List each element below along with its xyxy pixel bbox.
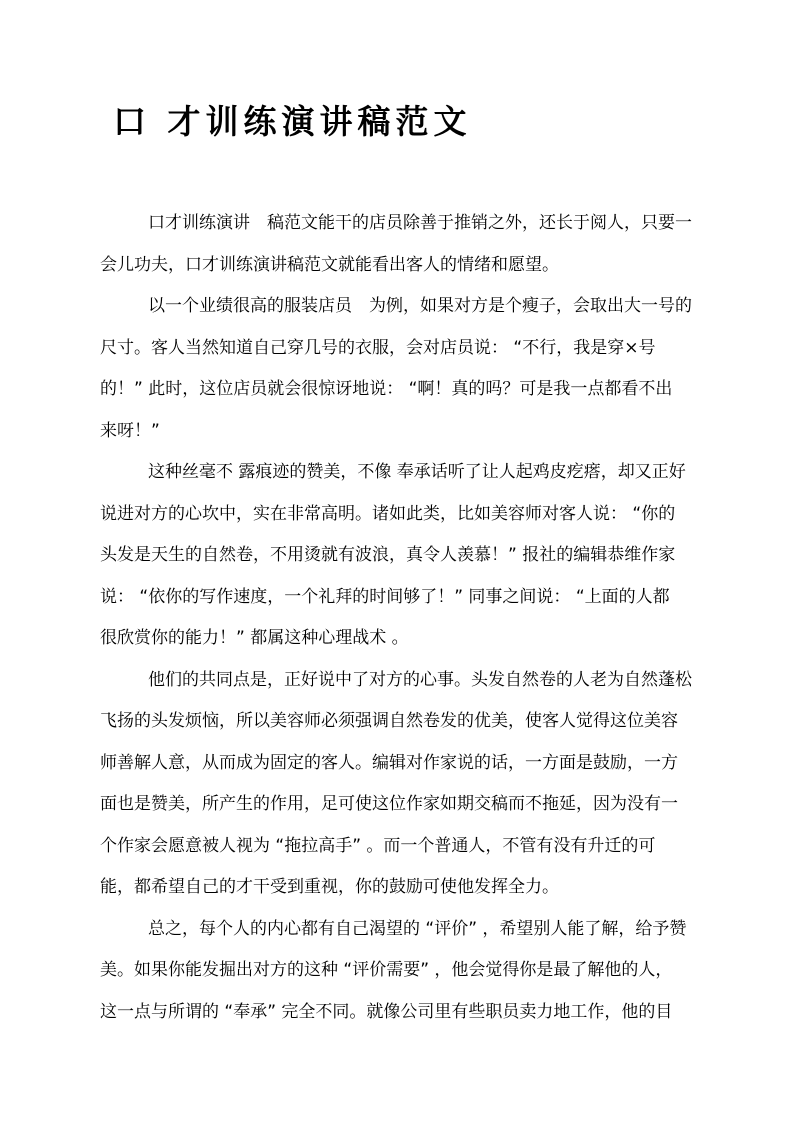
text-line: 来呀！” (100, 411, 666, 453)
text-line: 这一点与所谓的 “奉承” 完全不同。就像公司里有些职员卖力地工作，他的目 (100, 992, 666, 1034)
text-line: 尺寸。客人当然知道自己穿几号的衣服，会对店员说： “不行，我是穿×号 (100, 328, 666, 370)
document-title: 口 才训练演讲稿范文 (113, 101, 472, 143)
text-line: 口才训练演讲 稿范文能干的店员除善于推销之外，还长于阅人，只要一 (100, 203, 666, 245)
text-line: 以一个业绩很高的服装店员 为例，如果对方是个瘦子，会取出大一号的 (100, 286, 666, 328)
text-line: 会儿功夫，口才训练演讲稿范文就能看出客人的情绪和愿望。 (100, 245, 666, 287)
paragraph: 口才训练演讲 稿范文能干的店员除善于推销之外，还长于阅人，只要一会儿功夫，口才训… (100, 203, 666, 286)
text-line: 师善解人意，从而成为固定的客人。编辑对作家说的话，一方面是鼓励，一方 (100, 743, 666, 785)
paragraph: 他们的共同点是，正好说中了对方的心事。头发自然卷的人老为自然蓬松飞扬的头发烦恼，… (100, 660, 666, 909)
text-line: 说： “依你的写作速度，一个礼拜的时间够了！” 同事之间说： “上面的人都 (100, 577, 666, 619)
text-line: 这种丝毫不 露痕迹的赞美，不像 奉承话听了让人起鸡皮疙瘩，却又正好 (100, 452, 666, 494)
document-body: 口才训练演讲 稿范文能干的店员除善于推销之外，还长于阅人，只要一会儿功夫，口才训… (100, 203, 666, 1033)
text-line: 的！” 此时，这位店员就会很惊讶地说： “啊！真的吗？可是我一点都看不出 (100, 369, 666, 411)
text-line: 面也是赞美，所产生的作用，足可使这位作家如期交稿而不拖延，因为没有一 (100, 784, 666, 826)
paragraph: 这种丝毫不 露痕迹的赞美，不像 奉承话听了让人起鸡皮疙瘩，却又正好说进对方的心坎… (100, 452, 666, 660)
paragraph: 以一个业绩很高的服装店员 为例，如果对方是个瘦子，会取出大一号的尺寸。客人当然知… (100, 286, 666, 452)
text-line: 说进对方的心坎中，实在非常高明。诸如此类，比如美容师对客人说： “你的 (100, 494, 666, 536)
text-line: 头发是天生的自然卷，不用烫就有波浪，真令人羡慕！” 报社的编辑恭维作家 (100, 535, 666, 577)
text-line: 总之，每个人的内心都有自己渴望的 “评价” ，希望别人能了解，给予赞 (100, 909, 666, 951)
text-line: 美。如果你能发掘出对方的这种 “评价需要” ，他会觉得你是最了解他的人， (100, 950, 666, 992)
text-line: 能，都希望自己的才干受到重视，你的鼓励可使他发挥全力。 (100, 867, 666, 909)
text-line: 他们的共同点是，正好说中了对方的心事。头发自然卷的人老为自然蓬松 (100, 660, 666, 702)
text-line: 个作家会愿意被人视为 “拖拉高手” 。而一个普通人，不管有没有升迁的可 (100, 826, 666, 868)
paragraph: 总之，每个人的内心都有自己渴望的 “评价” ，希望别人能了解，给予赞美。如果你能… (100, 909, 666, 1034)
text-line: 很欣赏你的能力！” 都属这种心理战术 。 (100, 618, 666, 660)
document-page: 口 才训练演讲稿范文 口才训练演讲 稿范文能干的店员除善于推销之外，还长于阅人，… (0, 0, 794, 1123)
text-line: 飞扬的头发烦恼，所以美容师必须强调自然卷发的优美，使客人觉得这位美容 (100, 701, 666, 743)
